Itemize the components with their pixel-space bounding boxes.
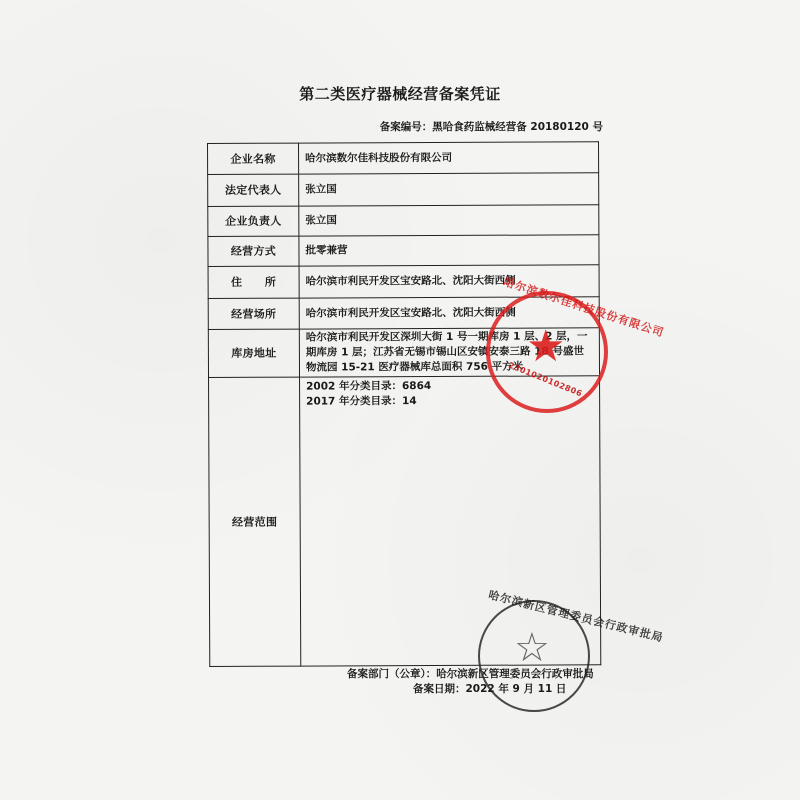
- label-company-name: 企业名称: [208, 143, 299, 174]
- value-company-name: 哈尔滨数尔佳科技股份有限公司: [299, 142, 599, 174]
- record-number: 备案编号：黑哈食药监械经营备 20180120 号: [380, 119, 603, 134]
- authority-seal-stamp: 哈尔滨新区管理委员会行政审批局 ☆: [478, 600, 590, 712]
- label-warehouse-address: 库房地址: [208, 329, 299, 377]
- seal-star-icon: ★: [526, 325, 565, 369]
- table-row-responsible-person: 企业负责人 张立国: [208, 205, 599, 237]
- table-row-legal-rep: 法定代表人 张立国: [208, 173, 599, 207]
- value-legal-rep: 张立国: [299, 173, 599, 206]
- document-title: 第二类医疗器械经营备案凭证: [0, 83, 800, 104]
- label-business-mode: 经营方式: [208, 236, 299, 266]
- label-business-scope: 经营范围: [209, 377, 301, 666]
- table-row-business-mode: 经营方式 批零兼营: [208, 235, 599, 267]
- company-seal-stamp: 哈尔滨数尔佳科技股份有限公司 ★ 2301020102806: [486, 291, 608, 413]
- label-domicile: 住 所: [208, 266, 299, 298]
- label-business-premises: 经营场所: [208, 298, 299, 329]
- seal-star-icon: ☆: [514, 628, 550, 668]
- table-row-company-name: 企业名称 哈尔滨数尔佳科技股份有限公司: [208, 142, 599, 175]
- value-business-mode: 批零兼营: [299, 235, 599, 266]
- value-responsible-person: 张立国: [299, 205, 599, 236]
- document-page: 第二类医疗器械经营备案凭证 备案编号：黑哈食药监械经营备 20180120 号 …: [0, 0, 800, 800]
- label-responsible-person: 企业负责人: [208, 206, 299, 236]
- label-legal-rep: 法定代表人: [208, 174, 299, 206]
